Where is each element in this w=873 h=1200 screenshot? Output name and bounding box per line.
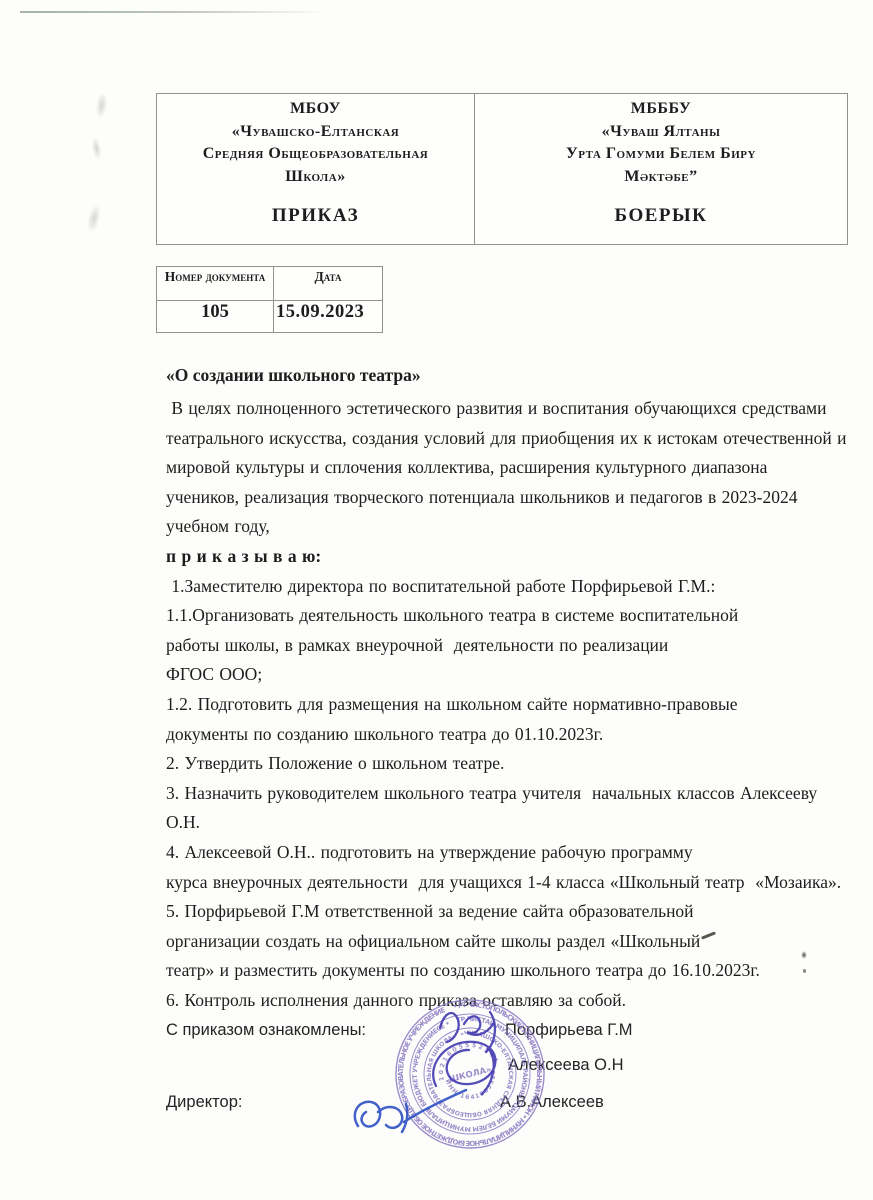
director-label: Директор: [166,1093,242,1112]
body-line: учебном году, [166,512,847,542]
scan-artifact-smudge [90,136,103,160]
doc-date-header: Дата [273,267,382,301]
org-name-ru-line4: Школа» [157,166,474,189]
body-line: организации создать на официальном сайте… [166,927,847,957]
header-cell-tatar: МБББУ «Чуваш Ялтаны Урта Гомуми Белем Би… [475,94,847,244]
body-line: документы по созданию школьного театра д… [166,720,847,750]
body-line: театрального искусства, создания условий… [166,424,847,454]
org-name-ru-line2: «Чувашско-Елтанская [157,121,474,144]
body-line: 1.Заместителю директора по воспитательно… [166,572,847,602]
body-line: В целях полноценного эстетического разви… [166,394,847,424]
scan-artifact-smudge [85,203,104,234]
org-name-tt-line2: «Чуваш Ялтаны [475,121,847,144]
body-line: учеников, реализация творческого потенци… [166,483,847,513]
scanned-order-document: МБОУ «Чувашско-Елтанская Средняя Общеобр… [0,0,873,1200]
order-subject: «О создании школьного театра» [166,365,421,386]
body-line: ФГОС ООО; [166,660,847,690]
doc-date-value: 15.09.2023 [273,301,382,332]
body-line: 1.1.Организовать деятельность школьного … [166,601,847,631]
body-line: 4. Алексеевой О.Н.. подготовить на утвер… [166,838,847,868]
body-line: театр» и разместить документы по создани… [166,956,847,986]
orders-keyword: п р и к а з ы в а ю: [166,542,847,572]
org-name-ru-line3: Средняя Общеобразовательная [157,143,474,166]
doc-number-value: 105 [157,301,273,332]
org-name-ru-line1: МБОУ [157,98,474,121]
org-name-tt-line3: Урта Гомуми Белем Бирү [475,143,847,166]
scan-artifact-line [20,11,325,13]
body-line: работы школы, в рамках внеурочной деятел… [166,631,847,661]
org-name-tt-line1: МБББУ [475,98,847,121]
body-line: О.Н. [166,808,847,838]
body-line: 2. Утвердить Положение о школьном театре… [166,749,847,779]
body-line: мировой культуры и сплочения коллектива,… [166,453,847,483]
body-line: курса внеурочных деятельности для учащих… [166,868,847,898]
org-name-tt-line4: Мәктәбе” [475,166,847,189]
scan-artifact-smudge [94,91,109,119]
body-line: 5. Порфирьевой Г.М ответственной за веде… [166,897,847,927]
doc-type-ru: ПРИКАЗ [157,205,474,227]
director-signature [355,1090,466,1132]
body-line: 3. Назначить руководителем школьного теа… [166,779,847,809]
order-body: В целях полноценного эстетического разви… [166,394,847,1015]
body-line: 1.2. Подготовить для размещения на школь… [166,690,847,720]
header-table: МБОУ «Чувашско-Елтанская Средняя Общеобр… [156,93,848,245]
header-cell-russian: МБОУ «Чувашско-Елтанская Средняя Общеобр… [157,94,475,244]
porfirieva-signature [433,1012,495,1094]
signatures-layer [330,998,580,1153]
meta-table: Номер документа Дата 105 15.09.2023 [156,266,383,333]
doc-number-header: Номер документа [157,267,273,301]
doc-type-tt: БОЕРЫК [475,205,847,227]
